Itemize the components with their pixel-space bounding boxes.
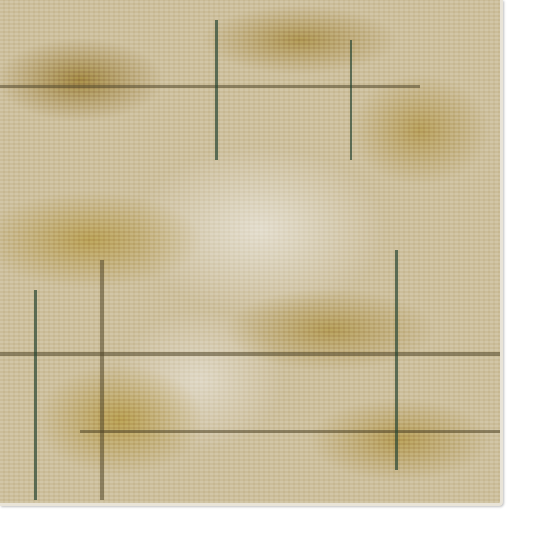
dark-streak xyxy=(100,260,104,500)
dark-streak xyxy=(80,430,500,433)
green-streak xyxy=(34,290,37,500)
rug-weave xyxy=(0,0,500,503)
green-streak xyxy=(350,40,352,160)
green-streak xyxy=(215,20,218,160)
dark-streak xyxy=(0,85,420,88)
dark-streak xyxy=(0,352,500,356)
green-streak xyxy=(395,250,398,470)
rug-photo xyxy=(0,0,503,506)
